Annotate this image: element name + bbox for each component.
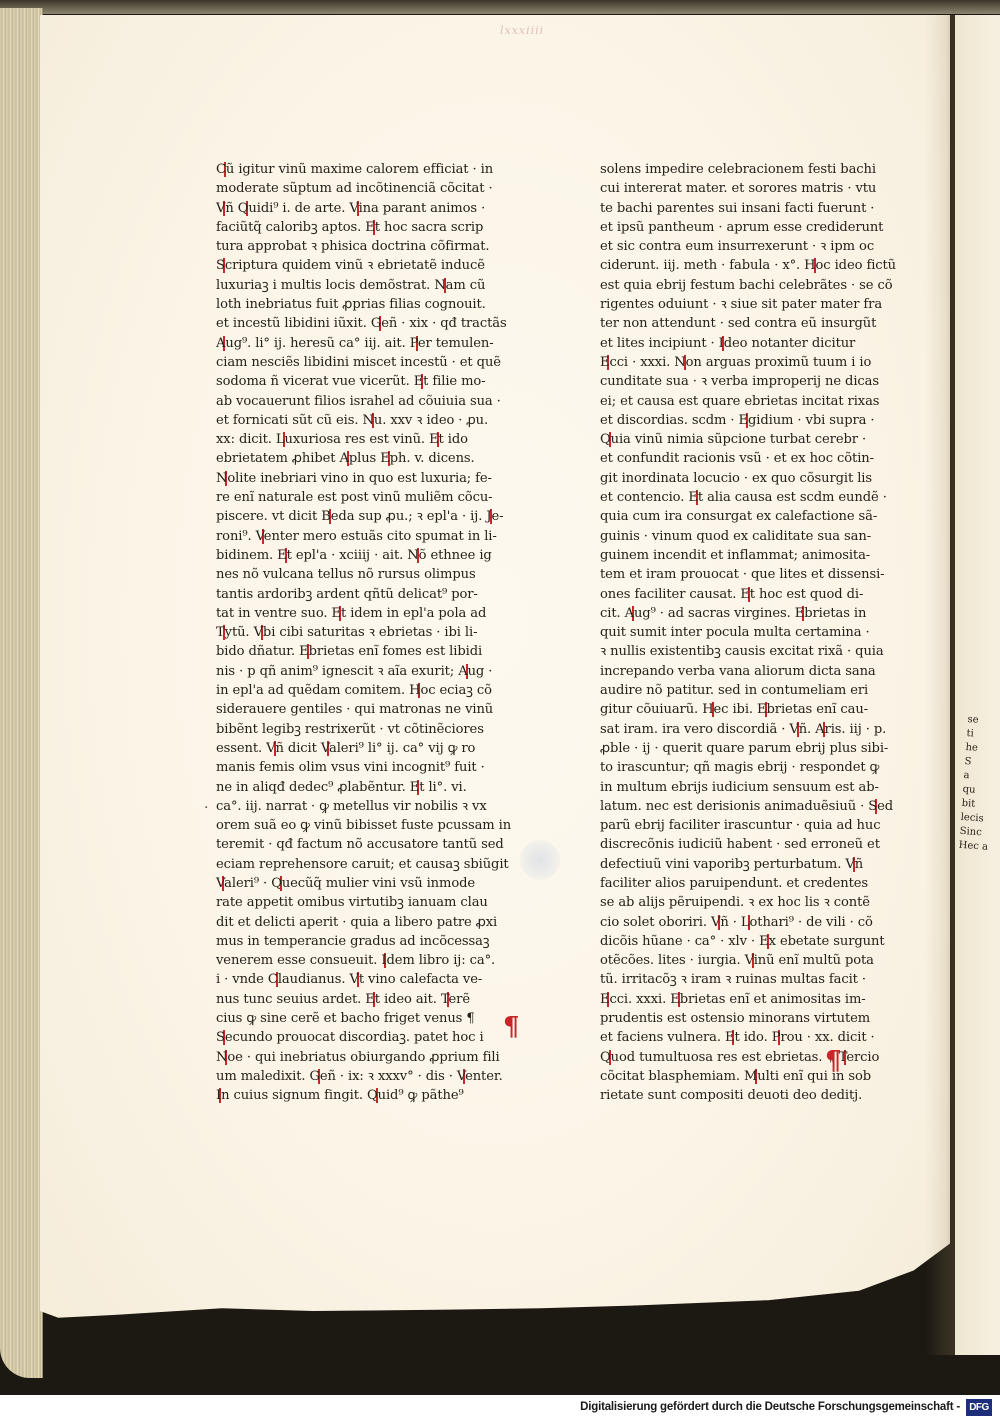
text-line: faciliter alios paruipendunt. et credent… <box>600 874 930 893</box>
text-line: cõcitat blasphemiam. Multi enĩ qui in so… <box>600 1067 930 1086</box>
text-line: guinis · vinum quod ex caliditate sua sa… <box>600 527 930 546</box>
text-line: Valeri⁹ · Quecũq̃ mulier vini vsũ inmode <box>216 874 546 893</box>
text-line: et incestũ libidini iũxit. Geñ · xix · q… <box>216 314 546 333</box>
text-line: dicõis hũane · ca° · xlv · Ex ebetate su… <box>600 932 930 951</box>
text-line: parũ ebrij faciliter irascuntur · quia a… <box>600 816 930 835</box>
text-line: et lites incipiunt · Ideo notanter dicit… <box>600 334 930 353</box>
text-line: Ecci. xxxi. Ebrietas enĩ et animositas i… <box>600 990 930 1009</box>
text-line: Quia vinũ nimia sũpcione turbat cerebr · <box>600 430 930 449</box>
text-line: ter non attendunt · sed contra eũ insurg… <box>600 314 930 333</box>
text-line: cui intererat mater. et sorores matris ·… <box>600 179 930 198</box>
text-line: latum. nec est derisionis animaduẽsiuũ ·… <box>600 797 930 816</box>
text-line: Secundo prouocat discordiaꝫ. patet hoc i <box>216 1028 546 1047</box>
text-line: roni⁹. Venter mero estuãs cito spumat in… <box>216 527 546 546</box>
text-line: defectiuũ vini vaporibꝫ perturbatum. Vñ <box>600 855 930 874</box>
binding-top-edge <box>0 0 1000 14</box>
text-line: et discordias. scdm · Egidium · vbi supr… <box>600 411 930 430</box>
text-line: teremit · qđ factum nõ accusatore tantũ … <box>216 835 546 854</box>
text-line: eciam reprehensore caruit; et causaꝫ sbi… <box>216 855 546 874</box>
text-line: ꝛ nullis existentibꝫ causis excitat rixã… <box>600 642 930 661</box>
text-line: Nolite inebriari vino in quo est luxuria… <box>216 469 546 488</box>
margin-dot: · <box>204 800 208 816</box>
facing-page-edge: setiheSaqubitlecisSincHec a <box>955 15 1000 1355</box>
text-line: Aug⁹. li° ij. heresũ ca° iij. ait. Per t… <box>216 334 546 353</box>
text-line: rigentes oduiunt · ꝛ siue sit pater mate… <box>600 295 930 314</box>
text-line: tura approbat ꝛ phisica doctrina cõfirma… <box>216 237 546 256</box>
text-line: et fornicati sũt cũ eis. Nu. xxv ꝛ ideo … <box>216 411 546 430</box>
text-line: tem et iram prouocat · que lites et diss… <box>600 565 930 584</box>
text-column-left: Cũ igitur vinũ maxime calorem efficiat ·… <box>216 160 546 1106</box>
text-line: tantis ardoribꝫ ardent qñtũ delicat⁹ por… <box>216 585 546 604</box>
text-line: solens impedire celebracionem festi bach… <box>600 160 930 179</box>
text-line: in multum ebrijs iudicium sensuum est ab… <box>600 778 930 797</box>
text-line: moderate sũptum ad incõtinenciã cõcitat … <box>216 179 546 198</box>
text-line: git inordinata locucio · ex quo cõsurgit… <box>600 469 930 488</box>
text-line: increpando verba vana aliorum dicta sana <box>600 662 930 681</box>
text-line: faciũtq̃ caloribꝫ aptos. Et hoc sacra sc… <box>216 218 546 237</box>
text-line: Vñ Quidi⁹ i. de arte. Vina parant animos… <box>216 199 546 218</box>
text-line: et ipsũ pantheum · aprum esse crediderun… <box>600 218 930 237</box>
text-line: Noe · qui inebriatus obiurgando ꝓprium f… <box>216 1048 546 1067</box>
text-line: Scriptura quidem vinũ ꝛ ebrietatẽ inducẽ <box>216 256 546 275</box>
text-line: In cuius signum fingit. Quid⁹ ꝙ pãthe⁹ <box>216 1086 546 1105</box>
text-line: nes nõ vulcana tellus nõ rursus olimpus <box>216 565 546 584</box>
text-line: Cũ igitur vinũ maxime calorem efficiat ·… <box>216 160 546 179</box>
text-line: tũ. irritacõꝫ ꝛ iram ꝛ ruinas multas fac… <box>600 970 930 989</box>
paragraph-mark-icon: ¶ <box>825 1046 842 1076</box>
footer-banner: Digitalisierung gefördert durch die Deut… <box>0 1395 1000 1421</box>
text-line: in epl'a ad quẽdam comitem. Hoc eciaꝫ cõ <box>216 681 546 700</box>
text-line: audire nõ patitur. sed in contumeliam er… <box>600 681 930 700</box>
text-line: luxuriaꝫ i multis locis demõstrat. Nam c… <box>216 276 546 295</box>
text-line: gitur cõuiuarũ. Hec ibi. Ebrietas enĩ ca… <box>600 700 930 719</box>
text-line: cunditate sua · ꝛ verba improperij ne di… <box>600 372 930 391</box>
text-line: ebrietatem ꝓhibet Aplus Eph. v. dicens. <box>216 449 546 468</box>
text-line: et confundit racionis vsũ · et ex hoc cõ… <box>600 449 930 468</box>
text-line: manis femis olim vsus vini incognit⁹ fui… <box>216 758 546 777</box>
text-column-right: solens impedire celebracionem festi bach… <box>600 160 930 1106</box>
text-line: sodoma ñ vicerat vue vicerũt. Et filie m… <box>216 372 546 391</box>
text-line: otẽcões. lites · iurgia. Vinũ enĩ multũ … <box>600 951 930 970</box>
text-line: bidinem. Et epl'a · xciiij · ait. Nõ eth… <box>216 546 546 565</box>
text-line: ciam nesciẽs libidini miscet incestũ · e… <box>216 353 546 372</box>
text-line: cius ꝙ sine cerẽ et bacho friget venus ¶ <box>216 1009 546 1028</box>
text-line: nis · p qñ anim⁹ ignescit ꝛ aĩa exurit; … <box>216 662 546 681</box>
text-line: se ab alijs pẽruipendi. ꝛ ex hoc lis ꝛ c… <box>600 893 930 912</box>
text-line: ones faciliter causat. Et hoc est quod d… <box>600 585 930 604</box>
text-line: quia cum ira consurgat ex calefactione s… <box>600 507 930 526</box>
text-line: et faciens vulnera. Et ido. Prou · xx. d… <box>600 1028 930 1047</box>
paragraph-mark-icon: ¶ <box>503 1012 520 1042</box>
text-line: ei; et causa est quare ebrietas incitat … <box>600 392 930 411</box>
text-line: venerem esse consueuit. Idem libro ij: c… <box>216 951 546 970</box>
page-edges-stack <box>0 8 43 1378</box>
text-line: ca°. iij. narrat · ꝙ metellus vir nobili… <box>216 797 546 816</box>
facing-page-text-fragment: setiheSaqubitlecisSincHec a <box>958 713 1000 857</box>
text-line: i · vnde Claudianus. Vt vino calefacta v… <box>216 970 546 989</box>
text-line: ciderunt. iij. meth · fabula · x°. Hoc i… <box>600 256 930 275</box>
text-line: loth inebriatus fuit ꝓprias filias cogno… <box>216 295 546 314</box>
dfg-logo: DFG <box>966 1399 992 1416</box>
text-line: siderauere gentiles · qui matronas ne vi… <box>216 700 546 719</box>
text-line: discrecõnis iudiciũ habent · sed erroneũ… <box>600 835 930 854</box>
text-line: sat iram. ira vero discordiã · Vñ. Aris.… <box>600 720 930 739</box>
text-line: te bachi parentes sui insani facti fueru… <box>600 199 930 218</box>
text-line: ꝓble · ij · querit quare parum ebrij plu… <box>600 739 930 758</box>
text-line: orem suã eo ꝙ vinũ bibisset fuste pcussa… <box>216 816 546 835</box>
text-line: guinem incendit et inflammat; animosita- <box>600 546 930 565</box>
text-line: bido dñatur. Ebrietas enĩ fomes est libi… <box>216 642 546 661</box>
text-line: et sic contra eum insurrexerunt · ꝛ ipm … <box>600 237 930 256</box>
text-line: cit. Aug⁹ · ad sacras virgines. Ebrietas… <box>600 604 930 623</box>
text-line: ab vocauerunt filios israhel ad cõuiuia … <box>216 392 546 411</box>
text-line: Tytũ. Vbi cibi saturitas ꝛ ebrietas · ib… <box>216 623 546 642</box>
text-line: est quia ebrij festum bachi celebrãtes ·… <box>600 276 930 295</box>
text-line: rate appetit omibus virtutibꝫ ianuam cla… <box>216 893 546 912</box>
text-line: cio solet oboriri. Vñ · Lothari⁹ · de vi… <box>600 913 930 932</box>
text-line: nus tunc seuius ardet. Et ideo ait. Terẽ <box>216 990 546 1009</box>
text-line: rietate sunt compositi deuoti deo deditj… <box>600 1086 930 1105</box>
text-line: re enĩ naturale est post vinũ muliẽm cõc… <box>216 488 546 507</box>
text-line: Ecci · xxxi. Non arguas proximũ tuum i i… <box>600 353 930 372</box>
facing-text-fragment: Hec a <box>958 839 1000 857</box>
text-line: Quod tumultuosa res est ebrietas. ¶ Terc… <box>600 1048 930 1067</box>
text-line: xx: dicit. Luxuriosa res est vinũ. Et id… <box>216 430 546 449</box>
text-line: piscere. vt dicit Beda sup ꝓu.; ꝛ epl'a … <box>216 507 546 526</box>
text-line: mus in temperancie gradus ad incõcessaꝫ <box>216 932 546 951</box>
text-line: ne in aliqđ dedec⁹ ꝓlabẽntur. Et li°. vi… <box>216 778 546 797</box>
text-line: um maledixit. Geñ · ix: ꝛ xxxv° · dis · … <box>216 1067 546 1086</box>
text-line: to irascuntur; qñ magis ebrij · responde… <box>600 758 930 777</box>
text-line: essent. Vñ dicit Valeri⁹ li° ij. ca° vij… <box>216 739 546 758</box>
text-line: bibẽnt legibꝫ restrixerũt · vt cõtinẽcio… <box>216 720 546 739</box>
book-scan: setiheSaqubitlecisSincHec a lxxxiiii Cũ … <box>0 0 1000 1395</box>
text-line: dit et delicti aperit · quia a libero pa… <box>216 913 546 932</box>
funding-credit: Digitalisierung gefördert durch die Deut… <box>580 1401 960 1413</box>
text-line: tat in ventre suo. Et idem in epl'a pola… <box>216 604 546 623</box>
text-line: quit sumit inter pocula multa certamina … <box>600 623 930 642</box>
text-line: et contencio. Et alia causa est scdm eun… <box>600 488 930 507</box>
folio-number: lxxxiiii <box>500 24 544 37</box>
text-line: prudentis est ostensio minorans virtutem <box>600 1009 930 1028</box>
